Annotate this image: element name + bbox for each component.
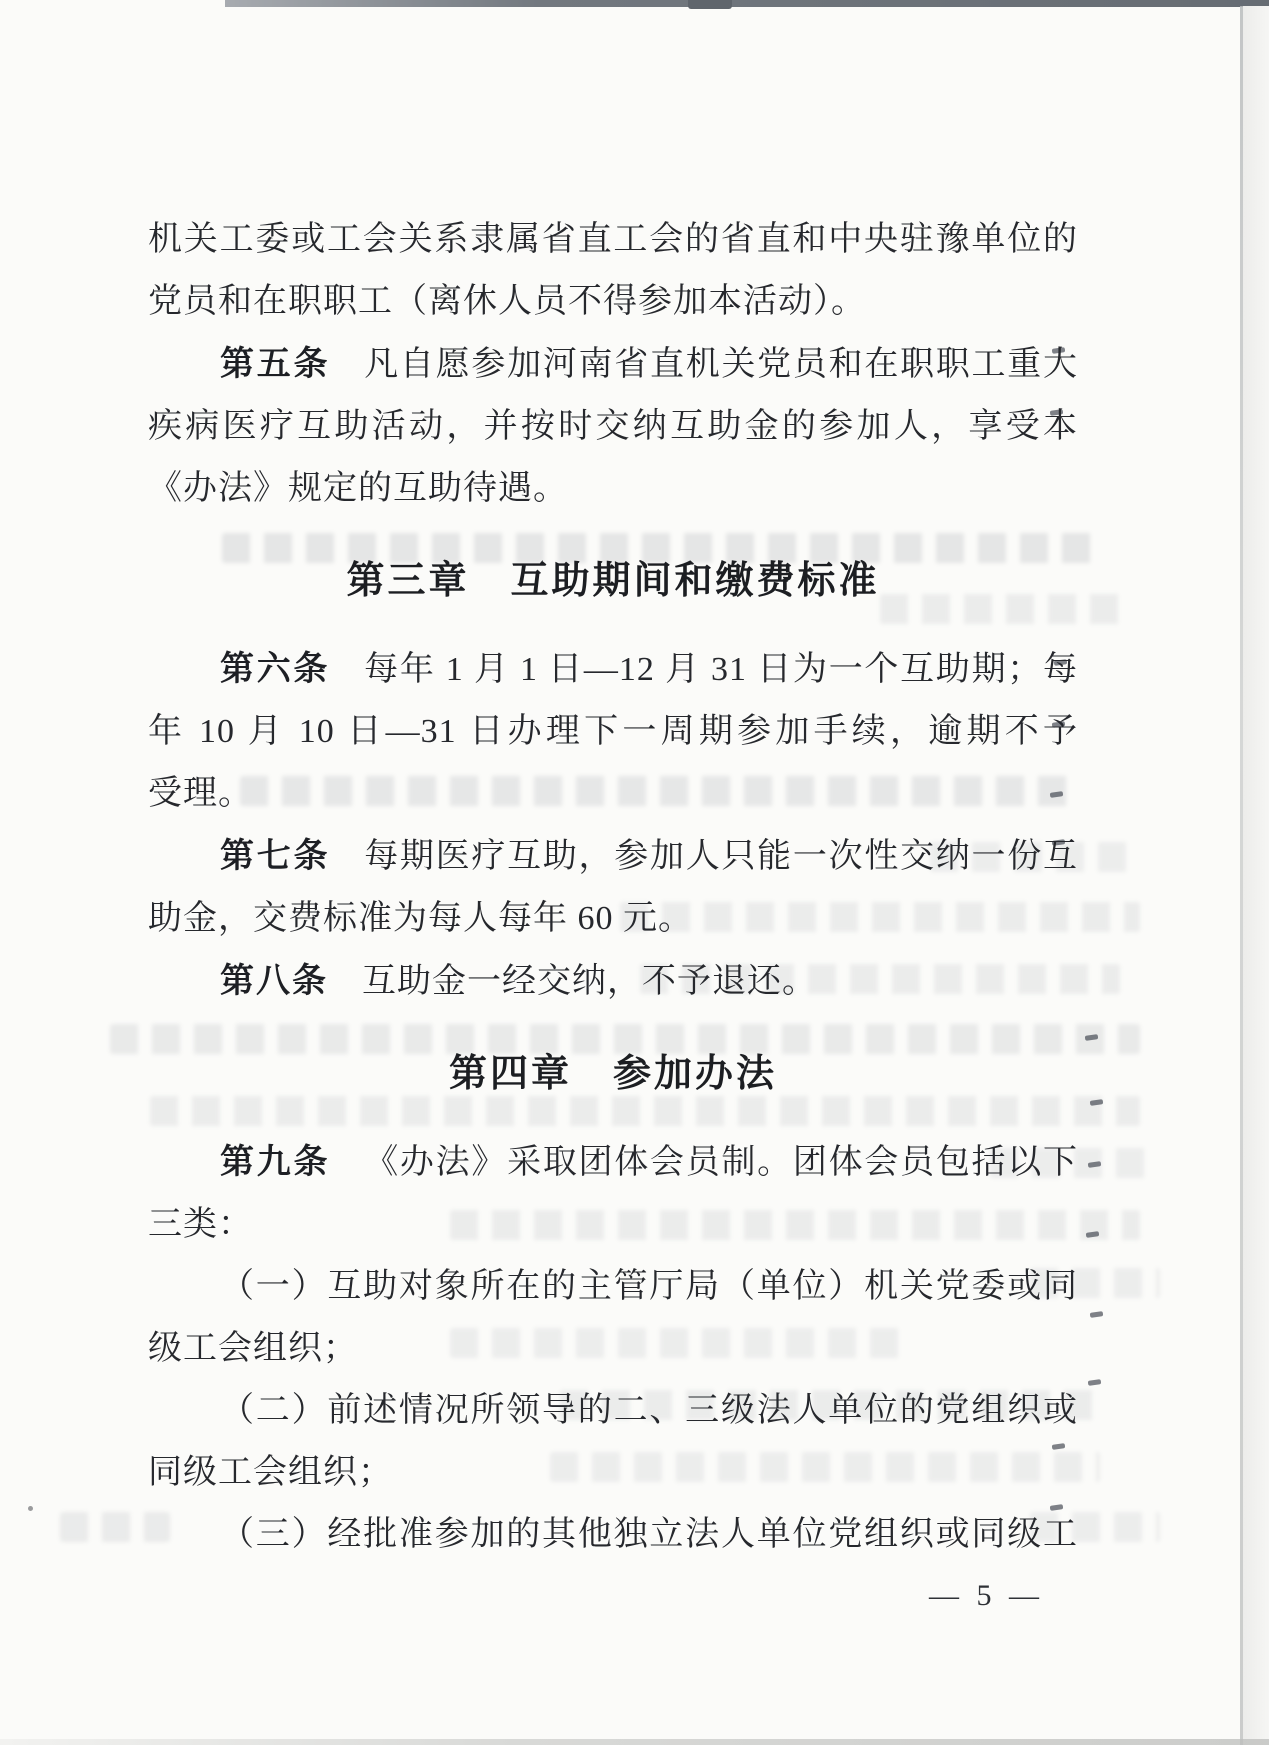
line-text: （一）互助对象所在的主管厅局（单位）机关党委或同 [220,1268,1078,1305]
article-number: 第八条 [220,962,328,1000]
ink-mark [1090,1311,1104,1318]
line-text: 疾病医疗互助活动，并按时交纳互助金的参加人，享受本 [148,408,1078,445]
text-line: 第六条每年 1 月 1 日—12 月 31 日为一个互助期；每 [148,638,1078,701]
line-text: 机关工委或工会关系隶属省直工会的省直和中央驻豫单位的 [148,221,1078,258]
line-text: 凡自愿参加河南省直机关党员和在职职工重大 [364,346,1078,383]
scanned-document-page: 机关工委或工会关系隶属省直工会的省直和中央驻豫单位的党员和在职职工（离休人员不得… [0,0,1269,1745]
line-text: 每年 1 月 1 日—12 月 31 日为一个互助期；每 [364,651,1078,688]
line-text: 第四章 参加办法 [449,1053,777,1095]
text-line: 年 10 月 10 日—31 日办理下一周期参加手续，逾期不予 [148,701,1078,763]
text-line: 同级工会组织； [148,1442,1078,1504]
text-line: 《办法》规定的互助待遇。 [148,458,1078,520]
line-text: 第三章 互助期间和缴费标准 [346,560,879,602]
line-text: 三类： [148,1206,253,1243]
chapter-heading: 第四章 参加办法 [148,1043,1078,1105]
line-text: 党员和在职职工（离休人员不得参加本活动）。 [148,283,866,320]
page-edge-shade [1243,6,1269,1745]
text-line: 三类： [148,1194,1078,1256]
text-line: （三）经批准参加的其他独立法人单位党组织或同级工 [148,1504,1078,1566]
article-number: 第六条 [220,650,330,688]
ink-mark [1088,1379,1102,1386]
article-number: 第五条 [220,345,330,383]
line-text: 受理。 [148,775,253,812]
text-line: 第八条互助金一经交纳，不予退还。 [148,950,1078,1013]
text-line: （二）前述情况所领导的二、三级法人单位的党组织或 [148,1380,1078,1442]
article-number: 第九条 [220,1143,330,1181]
page-number: — 5 — [148,1576,1078,1616]
text-line: 第九条《办法》采取团体会员制。团体会员包括以下 [148,1131,1078,1194]
chapter-heading: 第三章 互助期间和缴费标准 [148,550,1078,612]
text-line: 受理。 [148,763,1078,825]
text-line: 第五条凡自愿参加河南省直机关党员和在职职工重大 [148,333,1078,396]
text-line: 助金，交费标准为每人每年 60 元。 [148,888,1078,950]
text-line: 级工会组织； [148,1318,1078,1380]
text-line: 第七条每期医疗互助，参加人只能一次性交纳一份互 [148,825,1078,888]
line-text: （二）前述情况所领导的二、三级法人单位的党组织或 [220,1392,1078,1429]
scan-edge-bottom [0,1739,1269,1745]
line-text: 每期医疗互助，参加人只能一次性交纳一份互 [364,838,1078,875]
text-line: 疾病医疗互助活动，并按时交纳互助金的参加人，享受本 [148,396,1078,458]
text-line: 机关工委或工会关系隶属省直工会的省直和中央驻豫单位的 [148,209,1078,271]
line-text: 互助金一经交纳，不予退还。 [362,963,817,1000]
ink-dot [28,1506,33,1511]
text-line: 党员和在职职工（离休人员不得参加本活动）。 [148,271,1078,333]
line-text: 《办法》规定的互助待遇。 [148,470,568,507]
line-text: 《办法》采取团体会员制。团体会员包括以下 [364,1144,1078,1181]
document-lines: 机关工委或工会关系隶属省直工会的省直和中央驻豫单位的党员和在职职工（离休人员不得… [148,0,1078,1616]
text-line: （一）互助对象所在的主管厅局（单位）机关党委或同 [148,1256,1078,1318]
line-text: （三）经批准参加的其他独立法人单位党组织或同级工 [220,1516,1078,1553]
article-number: 第七条 [220,837,330,875]
line-text: 年 10 月 10 日—31 日办理下一周期参加手续，逾期不予 [148,713,1078,750]
line-text: 级工会组织； [148,1330,358,1367]
line-text: 助金，交费标准为每人每年 60 元。 [148,900,693,937]
line-text: 同级工会组织； [148,1454,393,1491]
page-edge-line [1240,6,1243,1745]
